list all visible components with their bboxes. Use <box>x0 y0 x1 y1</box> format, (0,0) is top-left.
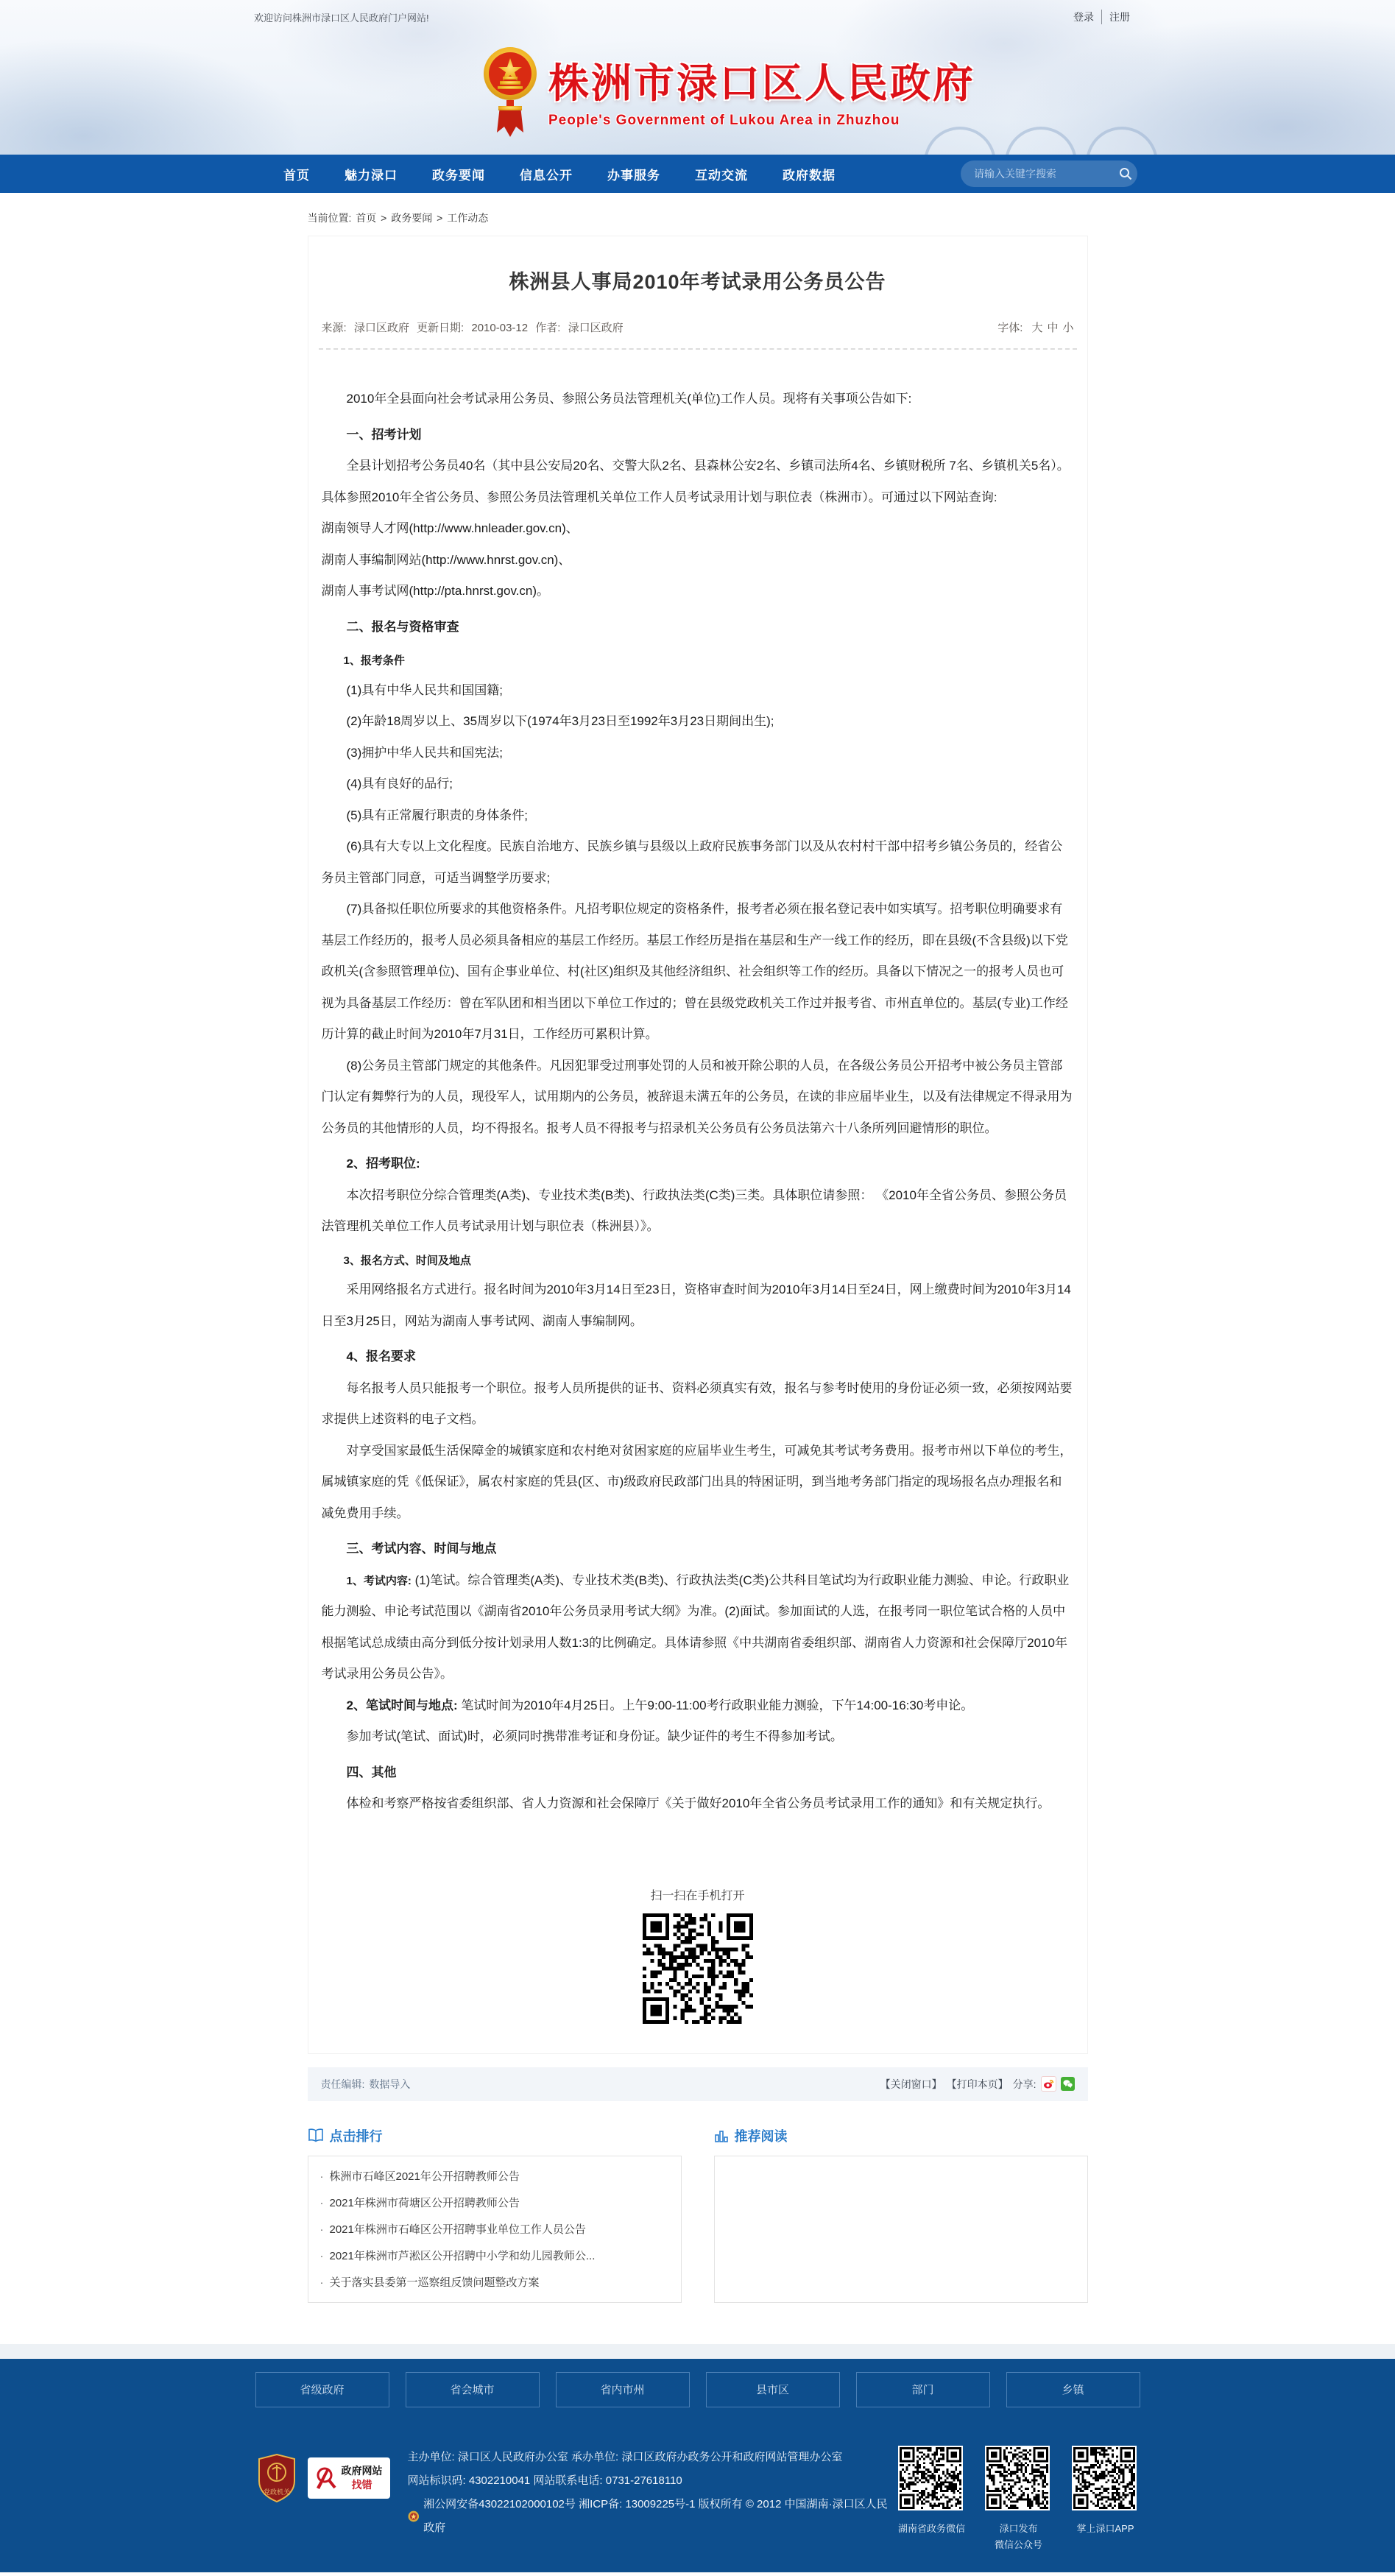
paragraph-lead: 1、考试内容: <box>347 1575 412 1587</box>
paragraph-lead: 2、笔试时间与地点: <box>347 1698 458 1712</box>
qr-code-image <box>985 2446 1050 2510</box>
article-paragraph: 4、报名要求 <box>322 1341 1074 1373</box>
nav-item[interactable]: 政府数据 <box>783 165 836 183</box>
list-item[interactable]: 2021年株洲市芦淞区公开招聘中小学和幼儿园教师公... <box>320 2243 669 2270</box>
breadcrumb-link[interactable]: 首页 <box>356 212 376 224</box>
national-emblem-icon <box>482 38 538 143</box>
close-window-link[interactable]: 【关闭窗口】 <box>880 2077 942 2092</box>
date-label: 更新日期: <box>417 322 464 334</box>
article-qr-code <box>643 1913 753 2024</box>
list-item[interactable]: 关于落实县委第一巡察组反馈问题整改方案 <box>320 2270 669 2296</box>
article-paragraph: (1)具有中华人民共和国国籍; <box>322 675 1074 707</box>
article-paragraph: 参加考试(笔试、面试)时，必须同时携带准考证和身份证。缺少证件的考生不得参加考试… <box>322 1721 1074 1753</box>
article-paragraph: (6)具有大专以上文化程度。民族自治地方、民族乡镇与县级以上政府民族事务部门以及… <box>322 831 1074 894</box>
police-badge-icon <box>408 2510 420 2522</box>
editor-value: 数据导入 <box>369 2078 410 2090</box>
footer-link[interactable]: 省级政府 <box>255 2372 389 2407</box>
article-paragraph: 二、报名与资格审查 <box>322 612 1074 643</box>
search-box <box>961 160 1137 187</box>
article-paragraph: 湖南领导人才网(http://www.hnleader.gov.cn)、 <box>322 513 1074 545</box>
qr-code-label: 掌上渌口APP <box>1072 2521 1140 2537</box>
paragraph-text: (1)笔试。综合管理类(A类)、专业技术类(B类)、行政执法类(C类)公共科目笔… <box>322 1573 1070 1682</box>
breadcrumb-link[interactable]: 工作动态 <box>447 212 488 224</box>
site-error-report-badge[interactable]: 政府网站 找错 <box>308 2457 390 2499</box>
footer-gray-strip <box>0 2344 1395 2359</box>
list-item[interactable]: 株洲市石峰区2021年公开招聘教师公告 <box>320 2164 669 2190</box>
article-paragraph: 采用网络报名方式进行。报名时间为2010年3月14日至23日，资格审查时间为20… <box>322 1274 1074 1337</box>
badge-find-line2: 找错 <box>342 2478 383 2492</box>
font-size-control: 字体:大中小 <box>993 320 1073 335</box>
qr-code-label: 渌口发布微信公众号 <box>985 2521 1053 2553</box>
footer-line1: 主办单位: 渌口区人民政府办公室 承办单位: 渌口区政府办政务公开和政府网站管理… <box>408 2446 898 2469</box>
footer-qr-item: 湖南省政务微信 <box>898 2446 966 2553</box>
author-value: 渌口区政府 <box>568 322 624 334</box>
breadcrumb: 当前位置: 首页 > 政务要闻 > 工作动态 <box>308 211 1088 225</box>
source-value: 渌口区政府 <box>354 322 409 334</box>
article-paragraph: (5)具有正常履行职责的身体条件; <box>322 800 1074 832</box>
date-value: 2010-03-12 <box>471 322 528 334</box>
footer-qr-item: 渌口发布微信公众号 <box>985 2446 1053 2553</box>
article-paragraph: 全县计划招考公务员40名（其中县公安局20名、交警大队2名、县森林公安2名、乡镇… <box>322 451 1074 513</box>
font-size-buttons: 大中小 <box>1027 322 1073 334</box>
footer-qrcodes: 湖南省政务微信渌口发布微信公众号掌上渌口APP <box>898 2446 1140 2553</box>
article-paragraph: (3)拥护中华人民共和国宪法; <box>322 738 1074 769</box>
editor-bar: 责任编辑:数据导入 【关闭窗口】 【打印本页】 分享: <box>308 2067 1088 2101</box>
article-meta-left: 来源: 渌口区政府 更新日期: 2010-03-12 作者: 渌口区政府 <box>322 320 628 335</box>
site-subtitle: People's Government of Lukou Area in Zhu… <box>548 113 975 129</box>
footer-line2: 网站标识码: 4302210041 网站联系电话: 0731-27618110 <box>408 2469 898 2493</box>
search-icon[interactable] <box>1113 160 1137 187</box>
article-paragraph: 2010年全县面向社会考试录用公务员、参照公务员法管理机关(单位)工作人员。现将… <box>322 384 1074 415</box>
page-title: 株洲县人事局2010年考试录用公务员公告 <box>319 266 1077 294</box>
site-brand: 株洲市渌口区人民政府 People's Government of Lukou … <box>482 38 975 143</box>
article-paragraph: (4)具有良好的品行; <box>322 769 1074 800</box>
badge-find-line1: 政府网站 <box>342 2464 383 2478</box>
footer-line3: 湘公网安备43022102000102号 湘ICP备: 13009225号-1 … <box>423 2493 897 2540</box>
article-paragraph: 1、报考条件 <box>322 647 1074 675</box>
site-title: 株洲市渌口区人民政府 <box>548 63 975 104</box>
paragraph-text: 笔试时间为2010年4月25日。上午9:00-11:00考行政职业能力测验，下午… <box>458 1698 974 1712</box>
register-link[interactable]: 注册 <box>1101 10 1137 24</box>
article-meta: 来源: 渌口区政府 更新日期: 2010-03-12 作者: 渌口区政府 字体:… <box>319 320 1077 335</box>
font-size-label: 字体: <box>997 322 1023 334</box>
main-nav: 首页魅力渌口政务要闻信息公开办事服务互动交流政府数据 <box>0 155 1395 193</box>
list-item[interactable]: 2021年株洲市石峰区公开招聘事业单位工作人员公告 <box>320 2217 669 2243</box>
breadcrumb-label: 当前位置: <box>308 212 352 224</box>
top-bar: 欢迎访问株洲市渌口区人民政府门户网站! 登录 注册 <box>0 0 1395 31</box>
wechat-icon[interactable] <box>1061 2077 1075 2091</box>
source-label: 来源: <box>322 322 347 334</box>
qr-section: 扫一扫在手机打开 <box>319 1886 1077 2046</box>
print-page-link[interactable]: 【打印本页】 <box>947 2077 1009 2092</box>
article-paragraph: 湖南人事编制网站(http://www.hnrst.gov.cn)、 <box>322 545 1074 576</box>
recommended-box <box>714 2156 1088 2303</box>
footer-link-row: 省级政府省会城市省内市州县市区部门乡镇 <box>0 2372 1395 2407</box>
hero-banner: 欢迎访问株洲市渌口区人民政府门户网站! 登录 注册 株洲市渌口区人民政府 Pe <box>0 0 1395 155</box>
article-paragraph: 四、其他 <box>322 1757 1074 1789</box>
panel-title: 推荐阅读 <box>735 2126 788 2145</box>
article-paragraph: (8)公务员主管部门规定的其他条件。凡因犯罪受过刑事处罚的人员和被开除公职的人员… <box>322 1051 1074 1145</box>
share-label: 分享: <box>1013 2077 1036 2092</box>
nav-item[interactable]: 信息公开 <box>520 165 573 183</box>
panel-click-ranking: 点击排行 株洲市石峰区2021年公开招聘教师公告2021年株洲市荷塘区公开招聘教… <box>308 2126 682 2303</box>
article-body: 2010年全县面向社会考试录用公务员、参照公务员法管理机关(单位)工作人员。现将… <box>319 384 1077 1820</box>
article-paragraph: 1、考试内容: (1)笔试。综合管理类(A类)、专业技术类(B类)、行政执法类(… <box>322 1565 1074 1690</box>
book-icon <box>308 2128 324 2143</box>
nav-item[interactable]: 首页 <box>283 165 310 183</box>
party-gov-badge-icon: 党政机关 <box>256 2453 297 2503</box>
article-paragraph: 2、笔试时间与地点: 笔试时间为2010年4月25日。上午9:00-11:00考… <box>322 1690 1074 1722</box>
font-size-option[interactable]: 中 <box>1047 322 1058 334</box>
article-paragraph: (7)具备拟任职位所要求的其他资格条件。凡招考职位规定的资格条件，报考者必须在报… <box>322 894 1074 1051</box>
footer-link[interactable]: 省会城市 <box>406 2372 540 2407</box>
welcome-text: 欢迎访问株洲市渌口区人民政府门户网站! <box>254 10 429 24</box>
article-paragraph: (2)年龄18周岁以上、35周岁以下(1974年3月23日至1992年3月23日… <box>322 706 1074 738</box>
svg-text:党政机关: 党政机关 <box>263 2488 289 2496</box>
nav-item[interactable]: 办事服务 <box>607 165 660 183</box>
article-paragraph: 三、考试内容、时间与地点 <box>322 1534 1074 1565</box>
click-ranking-box: 株洲市石峰区2021年公开招聘教师公告2021年株洲市荷塘区公开招聘教师公告20… <box>308 2156 682 2303</box>
breadcrumb-items: 首页 > 政务要闻 > 工作动态 <box>354 212 490 224</box>
qr-code-label: 湖南省政务微信 <box>898 2521 966 2537</box>
footer-link[interactable]: 部门 <box>856 2372 990 2407</box>
bottom-panels: 点击排行 株洲市石峰区2021年公开招聘教师公告2021年株洲市荷塘区公开招聘教… <box>308 2126 1088 2303</box>
article-paragraph: 2、招考职位: <box>322 1148 1074 1180</box>
nav-item[interactable]: 魅力渌口 <box>345 165 398 183</box>
article-paragraph: 本次招考职位分综合管理类(A类)、专业技术类(B类)、行政执法类(C类)三类。具… <box>322 1180 1074 1243</box>
qr-code-image <box>1072 2446 1137 2510</box>
panel-recommended: 推荐阅读 <box>714 2126 1088 2303</box>
nav-item[interactable]: 互动交流 <box>695 165 748 183</box>
article-paragraph: 每名报考人员只能报考一个职位。报考人员所提供的证书、资料必须真实有效，报名与参考… <box>322 1373 1074 1436</box>
article: 株洲县人事局2010年考试录用公务员公告 来源: 渌口区政府 更新日期: 201… <box>308 236 1088 2054</box>
qr-caption: 扫一扫在手机打开 <box>319 1886 1077 1903</box>
qr-code-image <box>898 2446 963 2510</box>
footer-link[interactable]: 县市区 <box>706 2372 840 2407</box>
weibo-icon[interactable] <box>1041 2076 1056 2092</box>
magnifier-icon <box>315 2466 337 2491</box>
dashed-divider <box>319 348 1077 350</box>
footer-link[interactable]: 省内市州 <box>556 2372 690 2407</box>
footer-link[interactable]: 乡镇 <box>1006 2372 1140 2407</box>
nav-item[interactable]: 政务要闻 <box>432 165 485 183</box>
footer-qr-item: 掌上渌口APP <box>1072 2446 1140 2553</box>
font-size-option[interactable]: 大 <box>1031 322 1042 334</box>
article-paragraph: 3、报名方式、时间及地点 <box>322 1247 1074 1275</box>
click-ranking-list: 株洲市石峰区2021年公开招聘教师公告2021年株洲市荷塘区公开招聘教师公告20… <box>320 2164 669 2296</box>
author-label: 作者: <box>535 322 560 334</box>
breadcrumb-link[interactable]: 政务要闻 <box>391 212 432 224</box>
search-input[interactable] <box>961 168 1113 180</box>
login-link[interactable]: 登录 <box>1066 10 1101 24</box>
article-paragraph: 体检和考察严格按省委组织部、省人力资源和社会保障厅《关于做好2010年全省公务员… <box>322 1788 1074 1820</box>
main-nav-items: 首页魅力渌口政务要闻信息公开办事服务互动交流政府数据 <box>283 155 836 193</box>
article-paragraph: 一、招考计划 <box>322 420 1074 451</box>
editor-label: 责任编辑: <box>321 2078 365 2090</box>
footer-info: 主办单位: 渌口区人民政府办公室 承办单位: 渌口区政府办政务公开和政府网站管理… <box>408 2446 898 2540</box>
list-item[interactable]: 2021年株洲市荷塘区公开招聘教师公告 <box>320 2190 669 2217</box>
article-paragraph: 对享受国家最低生活保障金的城镇家庭和农村绝对贫困家庭的应届毕业生考生，可减免其考… <box>322 1436 1074 1530</box>
font-size-option[interactable]: 小 <box>1062 322 1073 334</box>
footer: 省级政府省会城市省内市州县市区部门乡镇 党政机关 政府网站 找错 主办单位: 渌… <box>0 2359 1395 2572</box>
article-paragraph: 湖南人事考试网(http://pta.hnrst.gov.cn)。 <box>322 576 1074 607</box>
bar-chart-icon <box>714 2128 729 2143</box>
panel-title: 点击排行 <box>330 2126 383 2145</box>
